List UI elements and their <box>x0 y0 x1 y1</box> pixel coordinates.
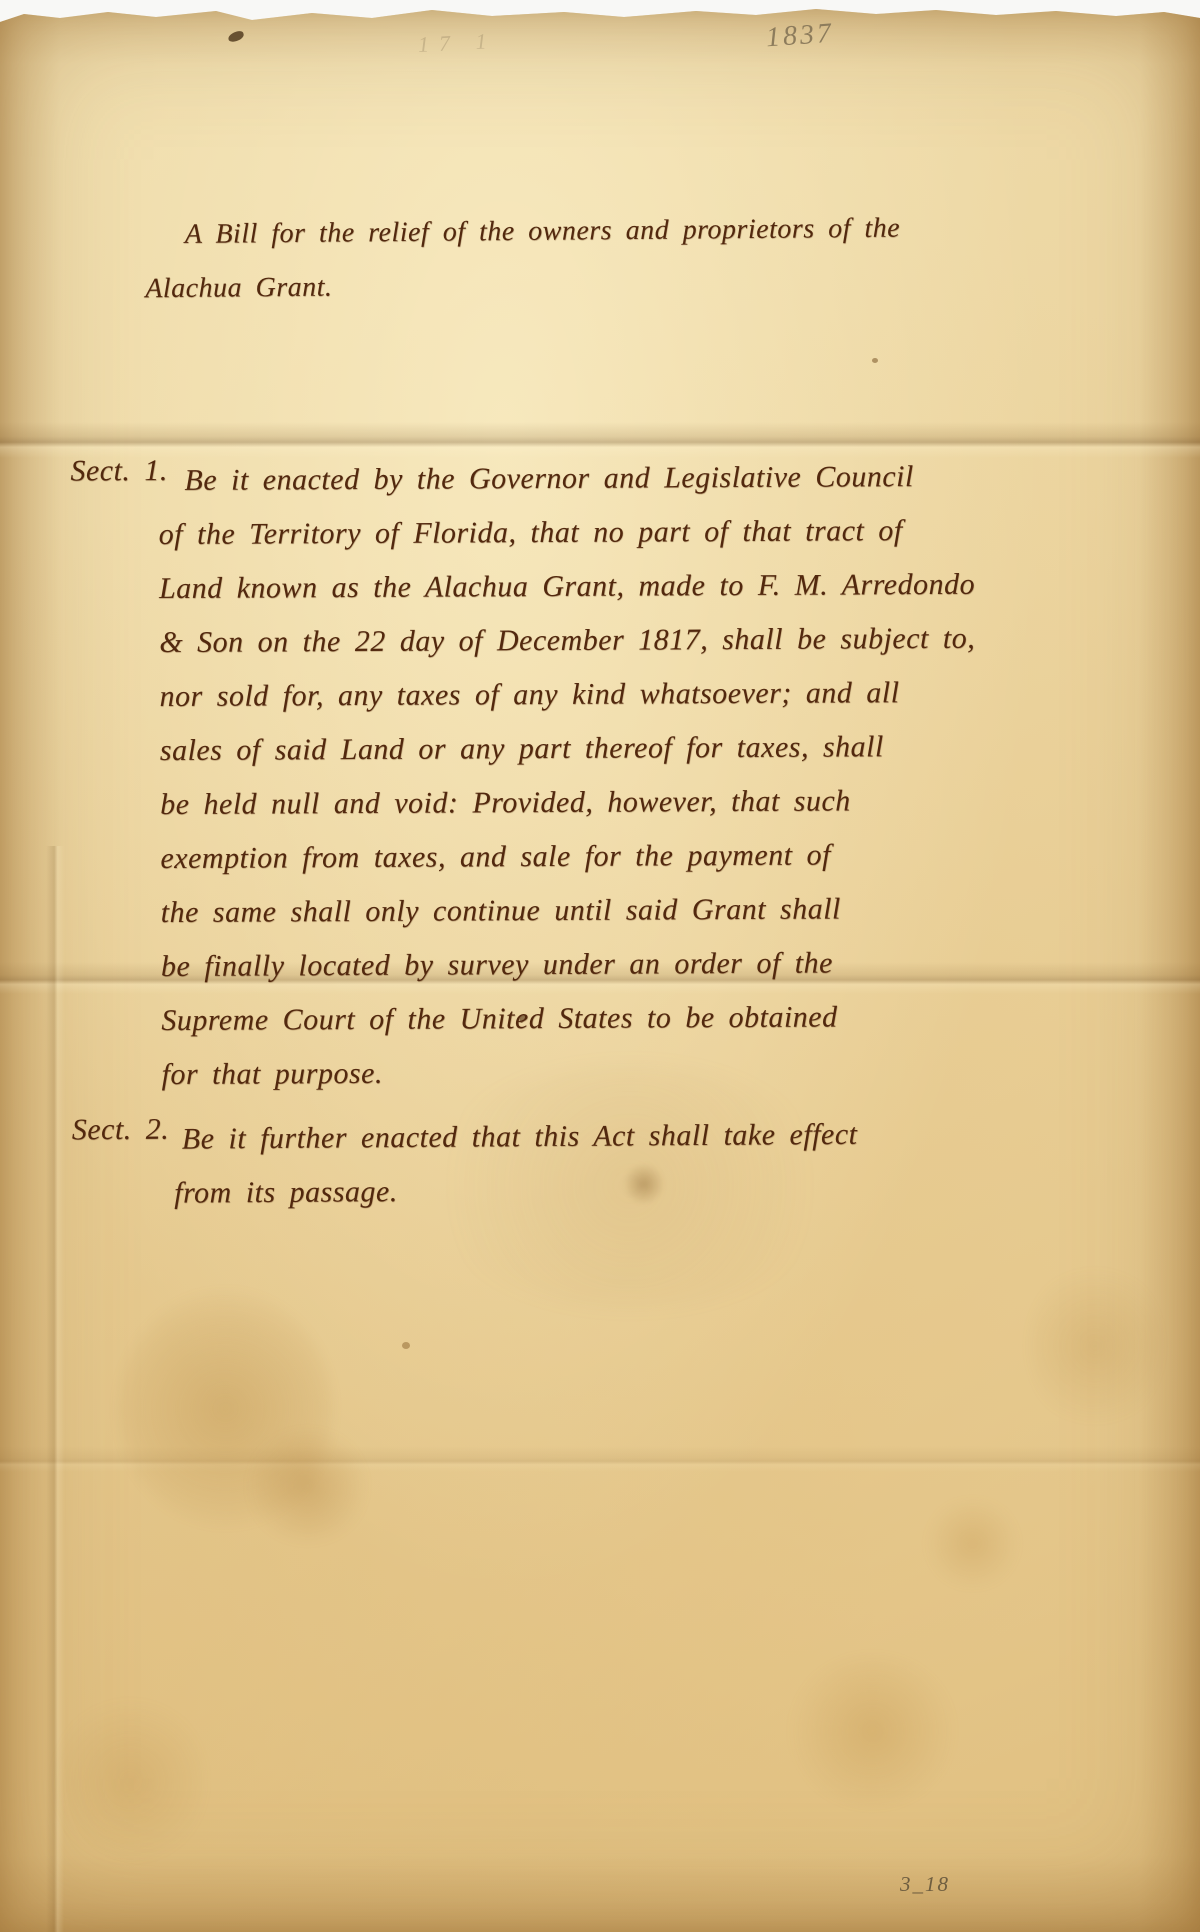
section-1-line: exemption from taxes, and sale for the p… <box>160 827 1100 886</box>
paper-stain <box>1030 1261 1160 1431</box>
section-1-label: Sect. 1. <box>70 454 168 489</box>
section-1: Sect. 1. Be it enacted by the Governor a… <box>0 449 1102 1103</box>
ink-speck <box>872 358 878 363</box>
section-1-line: for that purpose. <box>161 1043 1101 1102</box>
section-1-line: nor sold for, any taxes of any kind what… <box>159 665 1099 724</box>
bill-title: A Bill for the relief of the owners and … <box>185 200 1086 316</box>
paper-stain <box>925 1501 1020 1586</box>
section-1-line: Be it enacted by the Governor and Legisl… <box>184 449 1098 508</box>
section-1-line: Land known as the Alachua Grant, made to… <box>159 557 1099 616</box>
section-1-line: be finally located by survey under an or… <box>161 935 1101 994</box>
paper-stain <box>118 1291 333 1526</box>
paper-stain <box>245 1431 370 1541</box>
section-1-line: & Son on the 22 day of December 1817, sh… <box>159 611 1099 670</box>
paper-stain <box>790 1656 955 1806</box>
bill-title-line: A Bill for the relief of the owners and … <box>185 200 1085 262</box>
pencil-faint-marks: 17 1 <box>417 28 497 58</box>
section-1-line: sales of said Land or any part thereof f… <box>160 719 1100 778</box>
section-2-body: Be it further enacted that this Act shal… <box>160 1106 1101 1221</box>
section-2-label: Sect. 2. <box>72 1113 170 1148</box>
section-1-line: be held null and void: Provided, however… <box>160 773 1100 832</box>
section-1-line: Supreme Court of the United States to be… <box>161 989 1101 1048</box>
pencil-page-annotation: 3_18 <box>900 1872 950 1897</box>
pencil-year-annotation: 1837 <box>765 18 835 55</box>
paper-stain <box>55 1696 205 1866</box>
scanned-document: 17 1 1837 A Bill for the relief of the o… <box>0 0 1200 1932</box>
section-1-line: of the Territory of Florida, that no par… <box>159 503 1099 562</box>
section-2-line: Be it further enacted that this Act shal… <box>182 1106 1100 1166</box>
ink-speck <box>402 1342 410 1349</box>
section-2-line: from its passage. <box>174 1160 1100 1220</box>
section-1-body: Be it enacted by the Governor and Legisl… <box>158 449 1101 1102</box>
bill-title-line: Alachua Grant. <box>145 254 1085 316</box>
section-1-line: the same shall only continue until said … <box>161 881 1101 940</box>
fold-crease-lower <box>0 1446 1200 1472</box>
document-page: 17 1 1837 A Bill for the relief of the o… <box>0 6 1200 1932</box>
section-2: Sect. 2. Be it further enacted that this… <box>0 1106 1100 1222</box>
ink-speck <box>227 30 245 44</box>
